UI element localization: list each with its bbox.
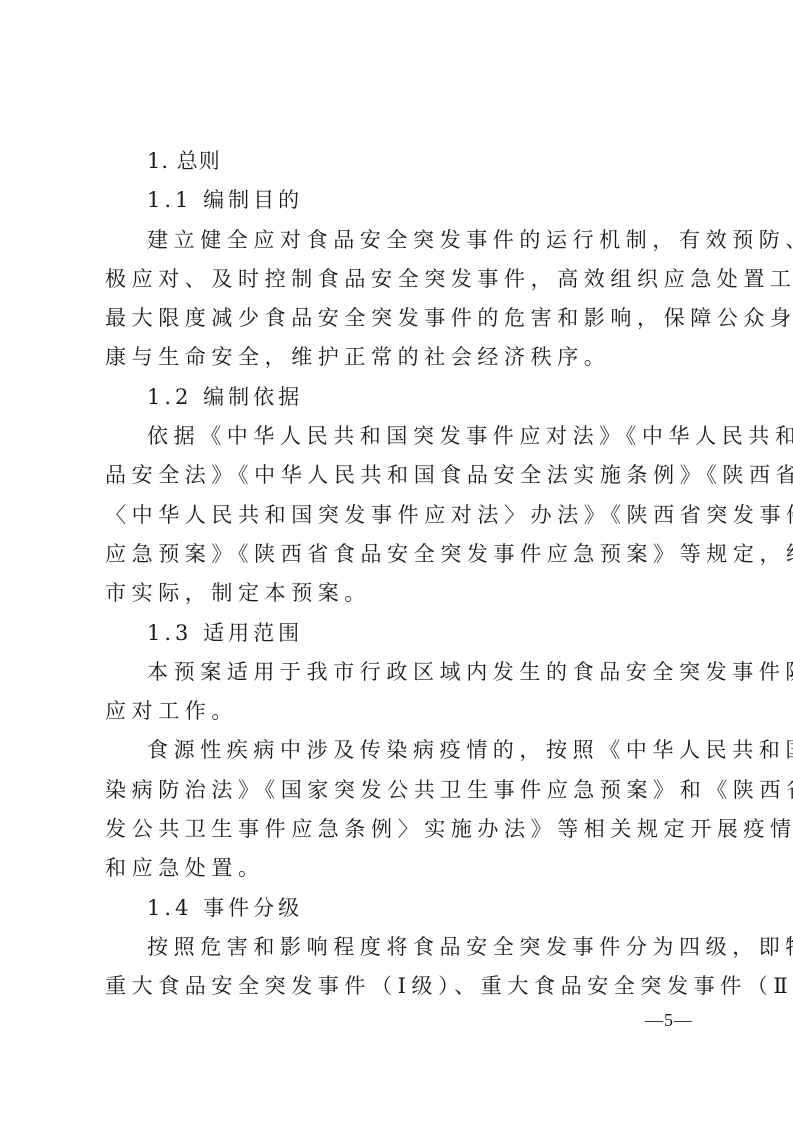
- paragraph-line: 品安全法》《中华人民共和国食品安全法实施条例》《陕西省实施: [105, 456, 707, 495]
- paragraph-line: 应急预案》《陕西省食品安全突发事件应急预案》等规定，结合我: [105, 535, 707, 574]
- heading-purpose: 1.1 编制目的: [105, 181, 707, 220]
- paragraph-line: 本预案适用于我市行政区域内发生的食品安全突发事件防范: [105, 653, 707, 692]
- heading-basis: 1.2 编制依据: [105, 378, 707, 417]
- paragraph-line: 依据《中华人民共和国突发事件应对法》《中华人民共和国食: [105, 417, 707, 456]
- heading-scope: 1.3 适用范围: [105, 614, 707, 653]
- heading-general-principles: 1. 总则: [105, 142, 707, 181]
- page-number: —5—: [645, 1010, 693, 1031]
- document-page: 1. 总则 1.1 编制目的 建立健全应对食品安全突发事件的运行机制，有效预防、…: [105, 142, 707, 1007]
- paragraph-line: 建立健全应对食品安全突发事件的运行机制，有效预防、积: [105, 221, 707, 260]
- paragraph-line: 市实际，制定本预案。: [105, 574, 707, 613]
- paragraph-line: 发公共卫生事件应急条例〉实施办法》等相关规定开展疫情防控: [105, 810, 707, 849]
- paragraph-line: 〈中华人民共和国突发事件应对法〉办法》《陕西省突发事件总体: [105, 496, 707, 535]
- paragraph-line: 康与生命安全，维护正常的社会经济秩序。: [105, 338, 707, 377]
- paragraph-line: 最大限度减少食品安全突发事件的危害和影响，保障公众身体健: [105, 299, 707, 338]
- paragraph-line: 染病防治法》《国家突发公共卫生事件应急预案》和《陕西省〈突: [105, 771, 707, 810]
- paragraph-line: 按照危害和影响程度将食品安全突发事件分为四级，即特别: [105, 928, 707, 967]
- paragraph-line: 应对工作。: [105, 692, 707, 731]
- paragraph-line: 食源性疾病中涉及传染病疫情的，按照《中华人民共和国传: [105, 731, 707, 770]
- paragraph-line: 极应对、及时控制食品安全突发事件，高效组织应急处置工作，: [105, 260, 707, 299]
- heading-classification: 1.4 事件分级: [105, 889, 707, 928]
- paragraph-line: 和应急处置。: [105, 849, 707, 888]
- paragraph-line: 重大食品安全突发事件（Ⅰ级）、重大食品安全突发事件（Ⅱ级）、: [105, 967, 707, 1006]
